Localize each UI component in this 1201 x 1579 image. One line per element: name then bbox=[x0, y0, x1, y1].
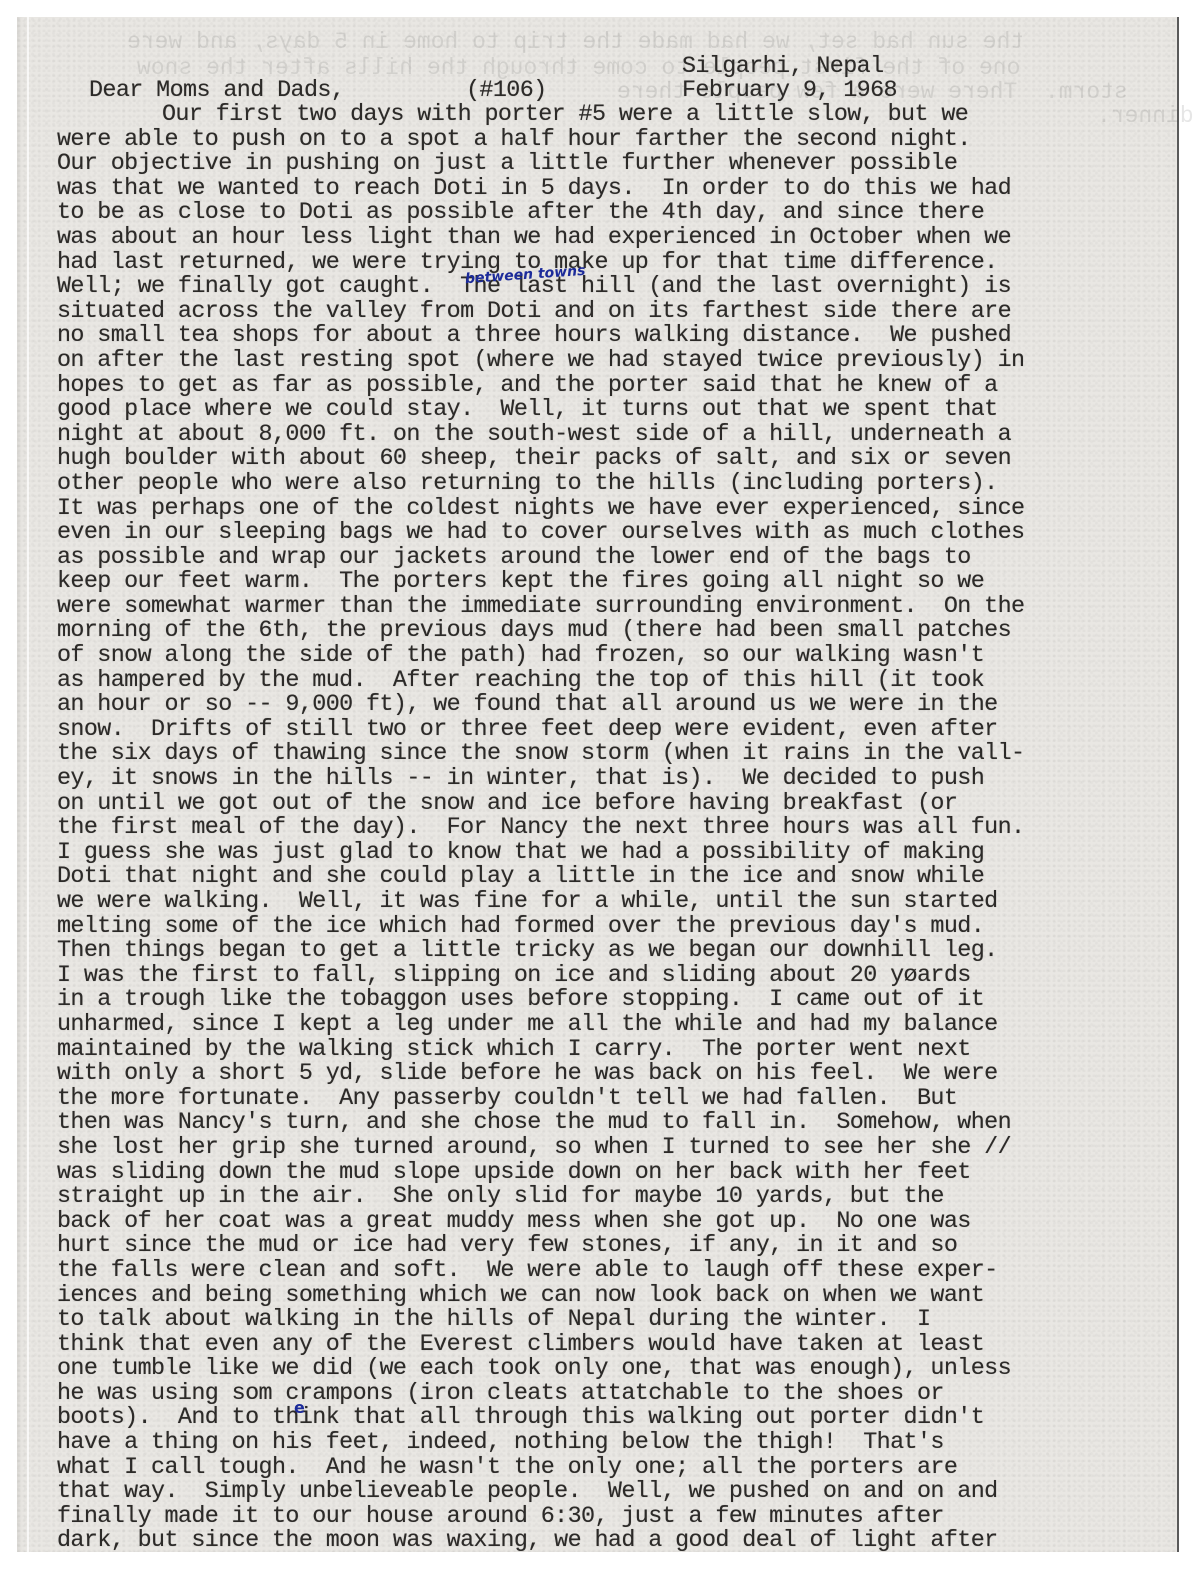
letter-line: boots). And to think that all through th… bbox=[57, 1406, 1024, 1431]
letter-line: in a trough like the tobaggon uses befor… bbox=[57, 988, 1024, 1013]
letter-line: he was using som crampons (iron cleats a… bbox=[57, 1382, 1024, 1407]
letter-line: on until we got out of the snow and ice … bbox=[57, 792, 1024, 817]
letter-page: the sun had set, we had made the trip to… bbox=[17, 17, 1179, 1552]
letter-line: good place where we could stay. Well, it… bbox=[57, 398, 1024, 423]
letter-line: with only a short 5 yd, slide before he … bbox=[57, 1062, 1024, 1087]
letter-line: Doti that night and she could play a lit… bbox=[57, 865, 1024, 890]
letter-line: the six days of thawing since the snow s… bbox=[57, 742, 1024, 767]
letter-line: as hampered by the mud. After reaching t… bbox=[57, 669, 1024, 694]
letter-line: were able to push on to a spot a half ho… bbox=[57, 128, 1024, 153]
letter-line: what I call tough. And he wasn't the onl… bbox=[57, 1456, 1024, 1481]
letter-line: finally made it to our house around 6:30… bbox=[57, 1505, 1024, 1530]
letter-line: hugh boulder with about 60 sheep, their … bbox=[57, 447, 1024, 472]
letter-line: other people who were also returning to … bbox=[57, 472, 1024, 497]
letter-line: were somewhat warmer than the immediate … bbox=[57, 595, 1024, 620]
letter-line: melting some of the ice which had formed… bbox=[57, 915, 1024, 940]
letter-line: night at about 8,000 ft. on the south-we… bbox=[57, 423, 1024, 448]
letter-line: to be as close to Doti as possible after… bbox=[57, 201, 1024, 226]
letter-line: then was Nancy's turn, and she chose the… bbox=[57, 1111, 1024, 1136]
salutation: Dear Moms and Dads, bbox=[89, 79, 344, 104]
letter-line: morning of the 6th, the previous days mu… bbox=[57, 619, 1024, 644]
typed-letter: Silgarhi, Nepal Dear Moms and Dads, (#10… bbox=[17, 17, 71, 140]
letter-line: Then things began to get a little tricky… bbox=[57, 939, 1024, 964]
letter-line: Our first two days with porter #5 were a… bbox=[57, 103, 1024, 128]
letter-line: straight up in the air. She only slid fo… bbox=[57, 1185, 1024, 1210]
letter-line: I was the first to fall, slipping on ice… bbox=[57, 964, 1024, 989]
letter-line: back of her coat was a great muddy mess … bbox=[57, 1210, 1024, 1235]
letter-line: was sliding down the mud slope upside do… bbox=[57, 1161, 1024, 1186]
letter-line: I guess she was just glad to know that w… bbox=[57, 841, 1024, 866]
letter-date: February 9, 1968 bbox=[682, 79, 897, 104]
letter-line: dark, but since the moon was waxing, we … bbox=[57, 1529, 1024, 1554]
letter-line: that way. Simply unbelieveable people. W… bbox=[57, 1480, 1024, 1505]
letter-body: Our first two days with porter #5 were a… bbox=[57, 103, 1024, 1554]
letter-line: one tumble like we did (we each took onl… bbox=[57, 1357, 1024, 1382]
letter-line: think that even any of the Everest climb… bbox=[57, 1333, 1024, 1358]
letter-number: (#106) bbox=[466, 79, 547, 104]
show-through-text: dinner. bbox=[1097, 103, 1194, 129]
letter-line: the first meal of the day). For Nancy th… bbox=[57, 816, 1024, 841]
letter-line: unharmed, since I kept a leg under me al… bbox=[57, 1013, 1024, 1038]
handwritten-correction: e bbox=[294, 1398, 305, 1417]
letter-place: Silgarhi, Nepal bbox=[682, 55, 884, 80]
letter-line: Our objective in pushing on just a littl… bbox=[57, 152, 1024, 177]
letter-line: hopes to get as far as possible, and the… bbox=[57, 374, 1024, 399]
letter-line: as possible and wrap our jackets around … bbox=[57, 546, 1024, 571]
letter-line: hurt since the mud or ice had very few s… bbox=[57, 1234, 1024, 1259]
letter-line: the falls were clean and soft. We were a… bbox=[57, 1259, 1024, 1284]
letter-line: to talk about walking in the hills of Ne… bbox=[57, 1308, 1024, 1333]
letter-line: keep our feet warm. The porters kept the… bbox=[57, 570, 1024, 595]
letter-line: It was perhaps one of the coldest nights… bbox=[57, 497, 1024, 522]
letter-line: have a thing on his feet, indeed, nothin… bbox=[57, 1431, 1024, 1456]
show-through-text: the sun had set, we had made the trip to… bbox=[127, 29, 1024, 55]
letter-line: ey, it snows in the hills -- in winter, … bbox=[57, 767, 1024, 792]
letter-line: an hour or so -- 9,000 ft), we found tha… bbox=[57, 693, 1024, 718]
letter-line: even in our sleeping bags we had to cove… bbox=[57, 521, 1024, 546]
letter-line: no small tea shops for about a three hou… bbox=[57, 324, 1024, 349]
letter-line: snow. Drifts of still two or three feet … bbox=[57, 718, 1024, 743]
letter-line: of snow along the side of the path) had … bbox=[57, 644, 1024, 669]
letter-line: situated across the valley from Doti and… bbox=[57, 300, 1024, 325]
letter-line: was about an hour less light than we had… bbox=[57, 226, 1024, 251]
letter-line: maintained by the walking stick which I … bbox=[57, 1038, 1024, 1063]
letter-line: the more fortunate. Any passerby couldn'… bbox=[57, 1087, 1024, 1112]
letter-line: on after the last resting spot (where we… bbox=[57, 349, 1024, 374]
letter-line: we were walking. Well, it was fine for a… bbox=[57, 890, 1024, 915]
letter-line: iences and being something which we can … bbox=[57, 1284, 1024, 1309]
letter-line: she lost her grip she turned around, so … bbox=[57, 1136, 1024, 1161]
letter-line: was that we wanted to reach Doti in 5 da… bbox=[57, 177, 1024, 202]
